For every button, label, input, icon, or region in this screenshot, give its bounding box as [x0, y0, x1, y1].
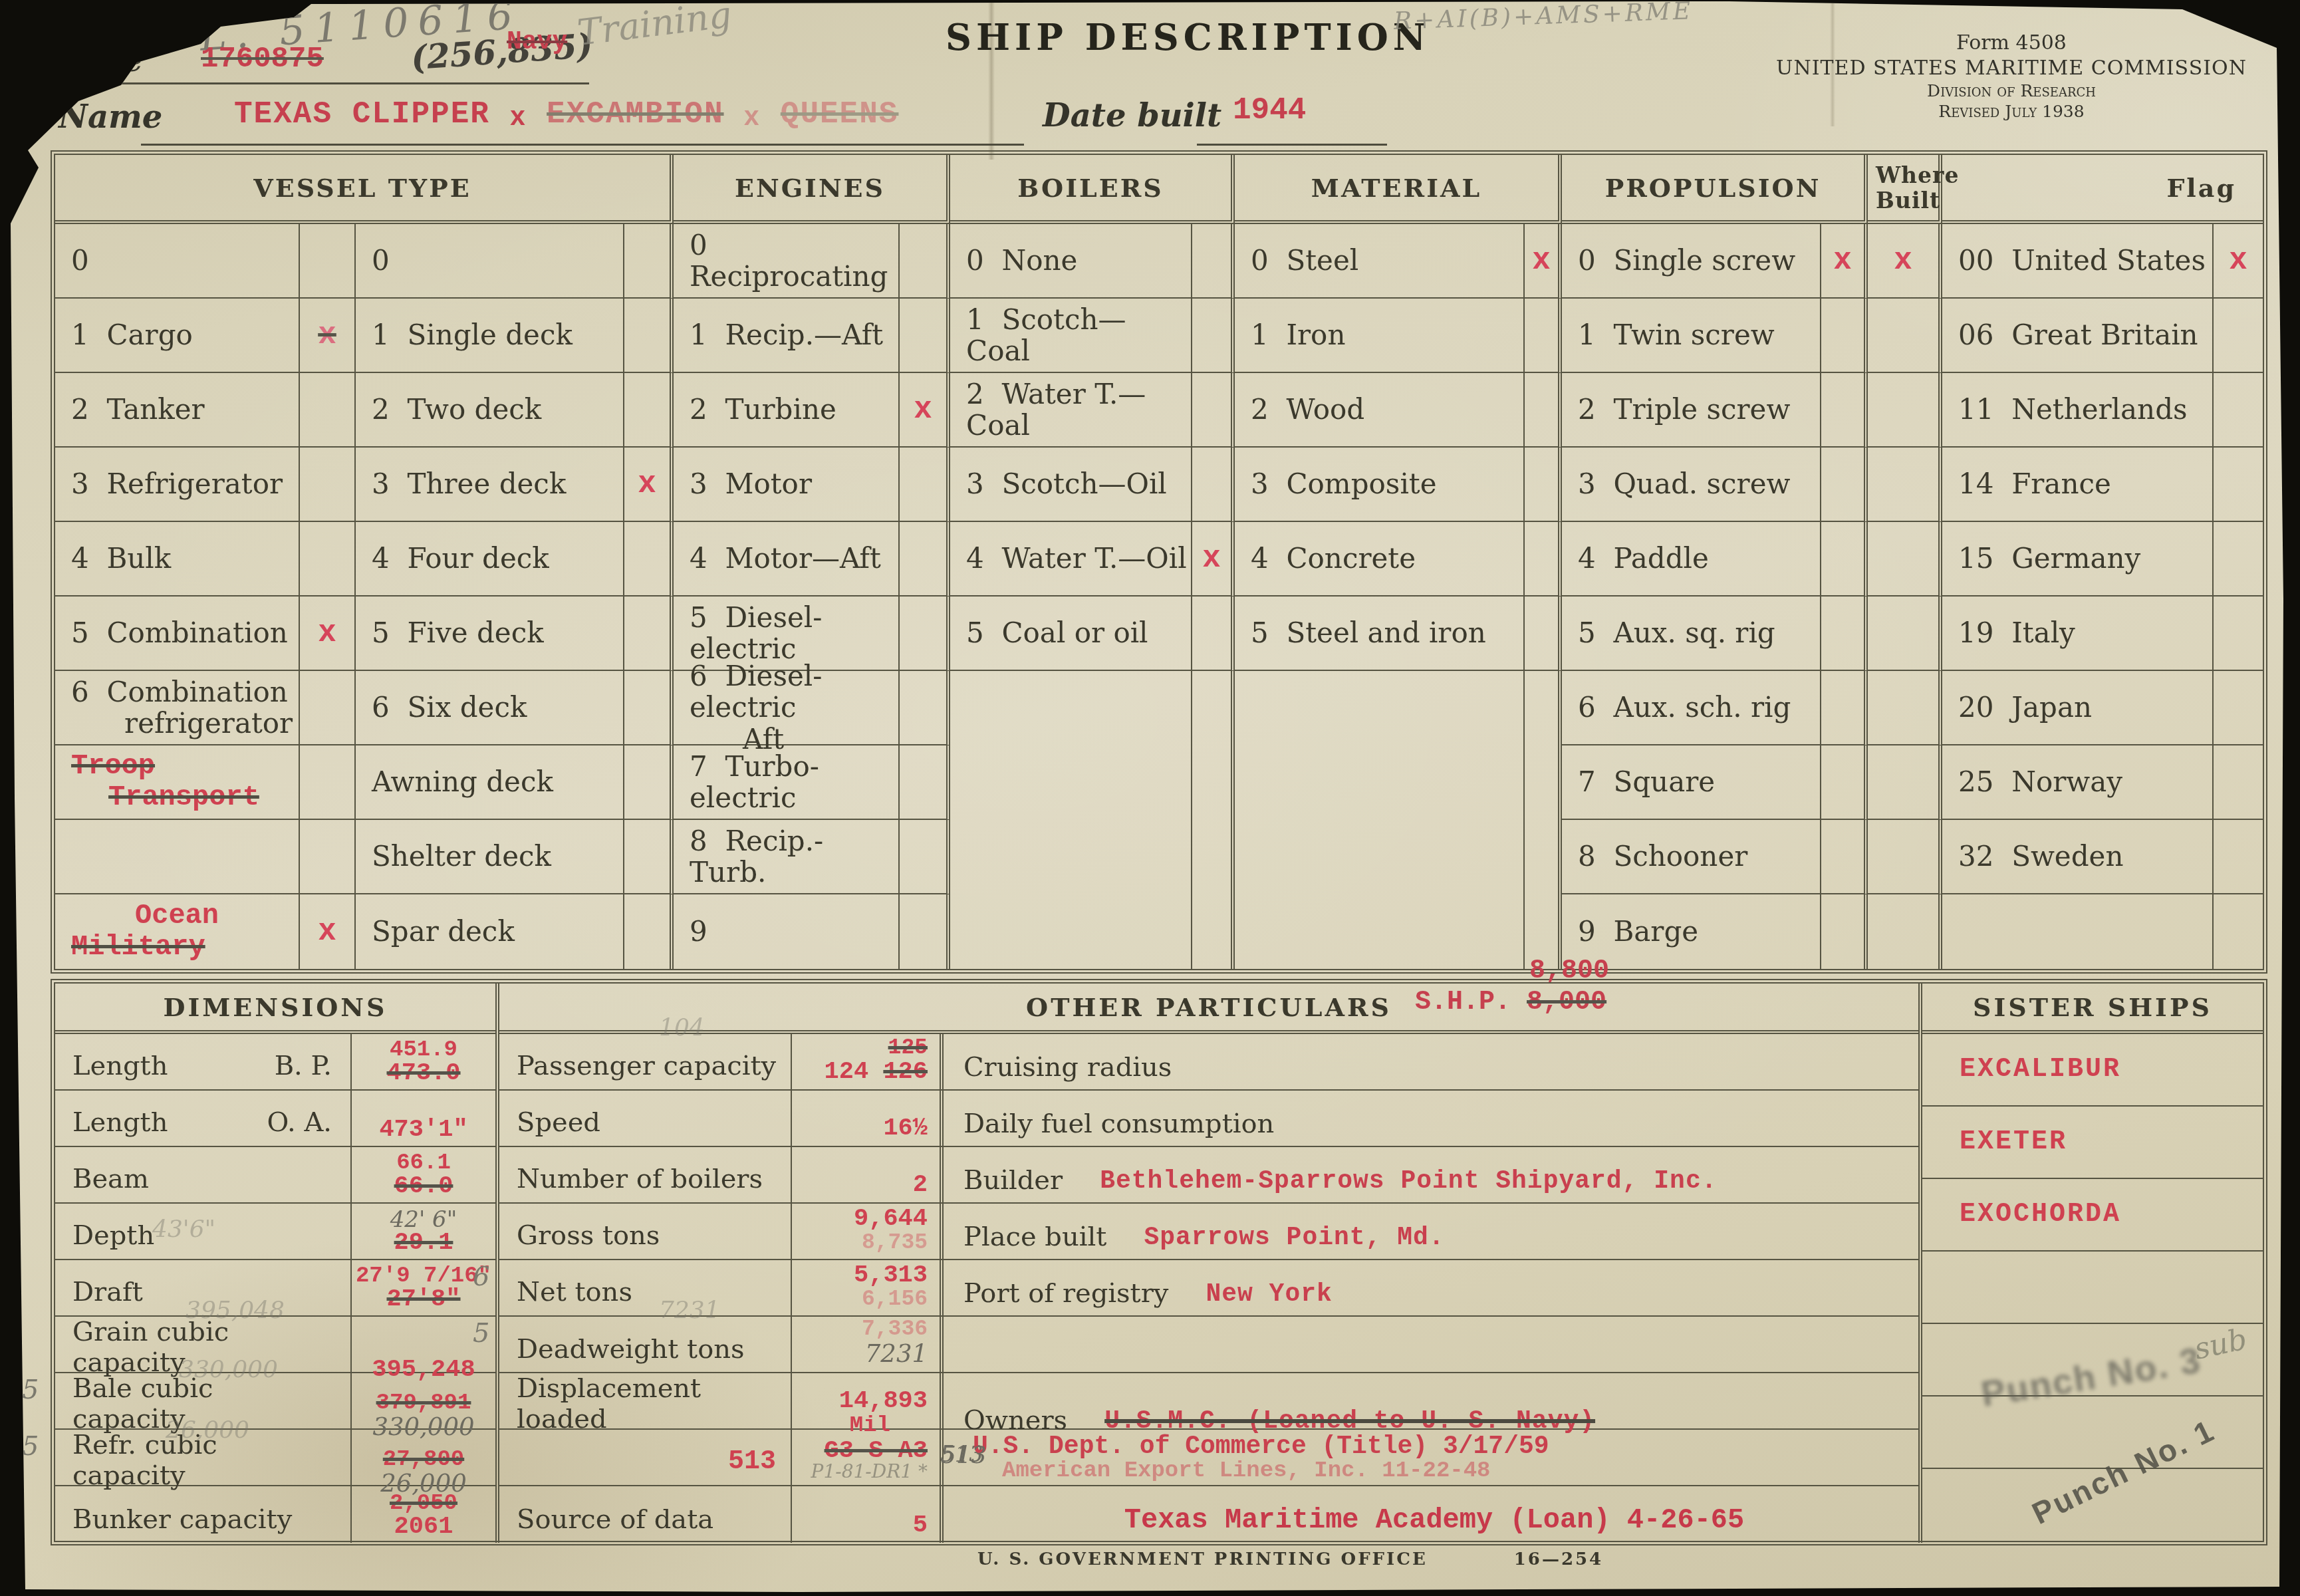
dimension-value: 43'6"42' 6"29.1 [352, 1204, 495, 1259]
propulsion-header: PROPULSION [1562, 155, 1868, 224]
engines-cell: 1 Recip.—Aft [674, 299, 900, 373]
particular-label-text: Deadweight tons [517, 1334, 745, 1365]
dimension-sublabel: B. P. [275, 1051, 332, 1081]
boilers-cell [950, 671, 1192, 745]
ship-name-former-1: EXCAMBION [547, 97, 723, 132]
particulars-row: 513G3-S-A3P1-81-DR1 *513513U.S. Dept. of… [499, 1430, 1918, 1486]
vessel-type-b-check [624, 299, 674, 373]
particular-label: Passenger capacity [499, 1034, 792, 1089]
dimension-row: 5Bale cubic capacity330,000379,891330,00… [55, 1373, 495, 1430]
boilers-cell: 1 Scotch—Coal [950, 299, 1192, 373]
vessel-type-b-check [624, 597, 674, 671]
value-faded: 6,156 [862, 1288, 928, 1311]
material-cell [1235, 745, 1525, 820]
propulsion-check: x [1821, 224, 1868, 299]
value-struck: 126 [883, 1058, 928, 1086]
pencil-ghost-note: 26,000 [166, 1416, 249, 1444]
sister-ships-panel: SISTER SHIPS EXCALIBUREXETEREXOCHORDA [1918, 984, 2263, 1543]
flag-country-cell: 20 Japan [1942, 671, 2214, 745]
gpo-footer-text: U. S. GOVERNMENT PRINTING OFFICE [977, 1549, 1428, 1569]
boilers-check [1192, 671, 1235, 745]
pencil-ghost-note: 330,000 [179, 1356, 278, 1383]
vessel-type-b-check [624, 745, 674, 820]
value-main-line: 14,893 [839, 1389, 928, 1414]
particular-label-text: Daily fuel consumption [963, 1109, 1274, 1139]
engines-cell: 0 Reciprocating [674, 224, 900, 299]
flag-check [2214, 894, 2263, 969]
material-check: x [1525, 224, 1562, 299]
dimension-row: LengthB. P.451.9473.0 [55, 1034, 495, 1091]
boilers-check [1192, 299, 1235, 373]
division-name: Division of Research [1749, 80, 2274, 101]
shp-label: S.H.P. [1415, 988, 1511, 1017]
boilers-cell: 0 None [950, 224, 1192, 299]
particular-label-text: Place built [963, 1222, 1106, 1252]
propulsion-check [1821, 373, 1868, 448]
dimension-value: 2,0502061 [352, 1486, 495, 1543]
particular-label-text: Cruising radius [963, 1052, 1172, 1083]
vessel-type-a-cell: TroopTransport [55, 745, 300, 820]
boilers-cell [950, 894, 1192, 969]
where-built-check [1868, 671, 1942, 745]
flag-country-cell: 14 France [1942, 448, 2214, 522]
value-pencil: 42' 6" [390, 1208, 457, 1232]
engines-cell: 2 Turbine [674, 373, 900, 448]
boilers-check [1192, 597, 1235, 671]
engines-cell: 4 Motor—Aft [674, 522, 900, 597]
dimension-row: Depth43'6"42' 6"29.1 [55, 1204, 495, 1260]
vessel-type-a-check [300, 224, 356, 299]
dimension-row: Bunker capacity2,0502061 [55, 1486, 495, 1543]
particular-label: Deadweight tons [499, 1317, 792, 1373]
vessel-type-a-check: x [300, 597, 356, 671]
boilers-cell [950, 745, 1192, 820]
boilers-cell [950, 820, 1192, 894]
gpo-footer-number: 16—254 [1514, 1549, 1603, 1569]
vessel-type-a-cell [55, 820, 300, 894]
ship-name-value: TEXAS CLIPPER x EXCAMBION x QUEENS [234, 97, 898, 134]
check-x-mark: x [914, 392, 932, 427]
vessel-type-a-cell: 2 Tanker [55, 373, 300, 448]
sister-rows: EXCALIBUREXETEREXOCHORDA [1922, 1034, 2263, 1541]
check-x-mark: x [1532, 243, 1551, 278]
dimension-label-text: Length [72, 1107, 168, 1138]
code-label: Code [57, 43, 143, 78]
vessel-type-a-cell: OceanMilitary [55, 894, 300, 969]
value-main: 124 [825, 1058, 869, 1086]
flag-country-cell: 19 Italy [1942, 597, 2214, 671]
engines-check [900, 522, 950, 597]
vessel-type-stamp: Ocean [71, 900, 296, 932]
propulsion-check [1821, 597, 1868, 671]
where-built-header: Where Built [1868, 155, 1942, 224]
particular-label-text: Port of registry [963, 1278, 1168, 1309]
particular-value: 72317,3367231 [792, 1317, 944, 1373]
boilers-check [1192, 373, 1235, 448]
vessel-type-b-cell: Awning deck [356, 745, 624, 820]
dimension-label: LengthB. P. [55, 1034, 352, 1089]
particulars-row: Source of data5Texas Maritime Academy (L… [499, 1486, 1918, 1543]
propulsion-cell: 5 Aux. sq. rig [1562, 597, 1821, 671]
engines-cell: 9 [674, 894, 900, 969]
dimension-label-text: Draft [72, 1277, 143, 1307]
revision-date: Revised July 1938 [1749, 101, 2274, 122]
particular-label: Number of boilers [499, 1147, 792, 1202]
propulsion-cell: 3 Quad. screw [1562, 448, 1821, 522]
flag-country-cell: 11 Netherlands [1942, 373, 2214, 448]
value-main-line: 2 [913, 1172, 928, 1198]
vessel-type-b-cell: 4 Four deck [356, 522, 624, 597]
material-check [1525, 448, 1562, 522]
particular-right-cell: Place builtSparrows Point, Md. [944, 1204, 1918, 1259]
vessel-type-a-cell: 1 Cargo [55, 299, 300, 373]
value-prior: 379,891 [376, 1392, 471, 1415]
shp-annotation: 8,800 S.H.P. 8,000 [1415, 956, 1609, 1017]
particular-value: 9,6448,735 [792, 1204, 944, 1259]
value-prior: 451.9 [390, 1039, 457, 1062]
flag-check: x [2214, 224, 2263, 299]
propulsion-cell: 0 Single screw [1562, 224, 1821, 299]
particular-value: G3-S-A3P1-81-DR1 *513 [792, 1430, 944, 1485]
vessel-type-header: VESSEL TYPE [55, 155, 674, 224]
vessel-type-a-check [300, 522, 356, 597]
material-cell: 2 Wood [1235, 373, 1525, 448]
flag-check [2214, 745, 2263, 820]
name-underline [141, 144, 1024, 146]
particular-label: Net tons [499, 1260, 792, 1315]
where-built-check [1868, 894, 1942, 969]
engines-check [900, 745, 950, 820]
value-main: 66.0 [394, 1174, 453, 1200]
pencil-formula-note: R+AI(B)+AMS+RME [1393, 0, 1693, 35]
dimension-label: Bunker capacity [55, 1486, 352, 1543]
sister-ship-row [1922, 1252, 2263, 1324]
sister-ship-row: EXOCHORDA [1922, 1179, 2263, 1252]
particulars-rows: Passenger capacity104125124 126Cruising … [499, 1034, 1918, 1543]
where-built-check [1868, 745, 1942, 820]
dimension-row: LengthO. A.473'1" [55, 1091, 495, 1147]
material-check [1525, 522, 1562, 597]
value-main-line: 5,313 [854, 1263, 928, 1289]
owner-entry-faded: American Export Lines, Inc. 11-22-48 [1002, 1458, 1491, 1484]
bottom-section: DIMENSIONS LengthB. P.451.9473.0LengthO.… [51, 979, 2267, 1545]
name-label: Name [59, 98, 162, 136]
value-prior: 27'9 7/16" [356, 1265, 491, 1288]
flag-country-cell: 06 Great Britain [1942, 299, 2214, 373]
particular-value: 104125124 126 [792, 1034, 944, 1089]
vessel-type-a-cell: 3 Refrigerator [55, 448, 300, 522]
dimensions-rows: LengthB. P.451.9473.0LengthO. A.473'1"Be… [55, 1034, 495, 1543]
engines-check [900, 224, 950, 299]
engines-check [900, 448, 950, 522]
classification-table: VESSEL TYPE ENGINES BOILERS MATERIAL PRO… [51, 150, 2267, 974]
boilers-cell: 2 Water T.—Coal [950, 373, 1192, 448]
dimension-label-text: Beam [72, 1164, 149, 1194]
boilers-check [1192, 894, 1235, 969]
flag-check [2214, 522, 2263, 597]
agency-name: UNITED STATES MARITIME COMMISSION [1749, 56, 2274, 81]
particular-label-text: Net tons [517, 1277, 632, 1307]
propulsion-cell: 1 Twin screw [1562, 299, 1821, 373]
particular-value: 16½ [792, 1091, 944, 1146]
owner-entry: U.S. Dept. of Commerce (Title) 3/17/59 [973, 1432, 1549, 1461]
material-cell: 0 Steel [1235, 224, 1525, 299]
value-faded: 7,336 [862, 1318, 928, 1341]
date-built-underline [1197, 144, 1387, 146]
particular-value: 5,3136,156 [792, 1260, 944, 1315]
sister-ship-name: EXOCHORDA [1960, 1200, 2121, 1230]
particulars-panel: OTHER PARTICULARS Passenger capacity1041… [499, 984, 1918, 1543]
material-check [1525, 820, 1562, 894]
flag-country-cell: 32 Sweden [1942, 820, 2214, 894]
check-x-mark: x [638, 467, 656, 501]
vessel-type-stamp: Troop [71, 751, 296, 782]
dimensions-panel: DIMENSIONS LengthB. P.451.9473.0LengthO.… [55, 984, 499, 1543]
check-x-mark: x [2229, 243, 2247, 278]
particular-value: 2 [792, 1147, 944, 1202]
form-info-block: Form 4508 UNITED STATES MARITIME COMMISS… [1749, 31, 2274, 122]
name-x-mark: x [509, 104, 527, 134]
vessel-type-b-check [624, 894, 674, 969]
vessel-type-a-check: x [300, 894, 356, 969]
form-number: Form 4508 [1749, 31, 2274, 56]
value-main: 2061 [394, 1515, 453, 1540]
navy-stamp-struck: Navy [507, 28, 567, 57]
where-built-check [1868, 448, 1942, 522]
value-main: 16½ [883, 1115, 928, 1142]
dimension-label: Beam [55, 1147, 352, 1202]
particular-label: 513 [499, 1430, 792, 1485]
propulsion-check [1821, 820, 1868, 894]
value-main: 9,644 [854, 1205, 928, 1233]
vessel-type-b-check [624, 522, 674, 597]
vessel-type-a-cell: 6 Combination refrigerator [55, 671, 300, 745]
particular-right-cell: BuilderBethlehem-Sparrows Point Shipyard… [944, 1147, 1918, 1202]
pencil-ghost-note: 7231 [659, 1297, 720, 1324]
material-check [1525, 373, 1562, 448]
engines-cell: 3 Motor [674, 448, 900, 522]
dimension-value: 451.9473.0 [352, 1034, 495, 1089]
particulars-row: Gross tons9,6448,735Place builtSparrows … [499, 1204, 1918, 1260]
check-x-mark: x [318, 318, 336, 352]
boilers-check [1192, 224, 1235, 299]
dimension-value: 66.166.0 [352, 1147, 495, 1202]
particular-label-text: Speed [517, 1107, 600, 1138]
value-prior: 27,800 [383, 1448, 464, 1472]
flag-country-cell: 00 United States [1942, 224, 2214, 299]
vessel-type-b-cell: 6 Six deck [356, 671, 624, 745]
check-x-mark: x [1894, 243, 1912, 278]
value-pencil-note: P1-81-DR1 * [811, 1462, 928, 1481]
pencil-margin-note: 5 [473, 1318, 489, 1349]
shp-corrected-value: 8,800 [1529, 956, 1609, 986]
flag-check [2214, 820, 2263, 894]
value-prior: 66.1 [396, 1152, 451, 1175]
value-prior: 2,050 [390, 1492, 457, 1516]
vessel-type-a-cell: 5 Combination [55, 597, 300, 671]
vessel-type-b-cell: 2 Two deck [356, 373, 624, 448]
pencil-margin-note: 5 [22, 1431, 39, 1462]
propulsion-check [1821, 894, 1868, 969]
particulars-row: Displacement loaded14,893MilOwnersU.S.M.… [499, 1373, 1918, 1430]
propulsion-check [1821, 745, 1868, 820]
value-main: 2 [913, 1171, 928, 1199]
propulsion-cell: 6 Aux. sch. rig [1562, 671, 1821, 745]
material-cell: 4 Concrete [1235, 522, 1525, 597]
where-built-check: x [1868, 224, 1942, 299]
where-built-check [1868, 373, 1942, 448]
value-prior: 125 [888, 1037, 928, 1060]
vessel-type-a-check [300, 373, 356, 448]
value-main-line: 5 [913, 1513, 928, 1539]
particular-label: Gross tons [499, 1204, 792, 1259]
material-check [1525, 597, 1562, 671]
engines-check [900, 894, 950, 969]
vessel-type-b-check [624, 224, 674, 299]
particular-right-cell: 513U.S. Dept. of Commerce (Title) 3/17/5… [944, 1430, 1918, 1485]
engines-check [900, 671, 950, 745]
propulsion-check [1821, 448, 1868, 522]
value-main-line: 9,644 [854, 1206, 928, 1232]
material-cell [1235, 671, 1525, 745]
particular-label-text: Passenger capacity [517, 1051, 776, 1081]
material-cell [1235, 820, 1525, 894]
value-pencil: 7231 [865, 1339, 928, 1368]
value-main: 27'8" [386, 1287, 460, 1313]
vessel-type-a-check [300, 671, 356, 745]
propulsion-check [1821, 671, 1868, 745]
owner-entry: Texas Maritime Academy (Loan) 4-26-65 [1124, 1504, 1745, 1536]
check-x-mark: x [1833, 243, 1852, 278]
particular-right-cell: Cruising radius [944, 1034, 1918, 1089]
particular-value-text: Sparrows Point, Md. [1144, 1224, 1444, 1252]
value-main: 5,313 [854, 1262, 928, 1289]
check-x-mark: x [318, 914, 336, 949]
pencil-ghost-note: 395,048 [186, 1297, 285, 1324]
vessel-type-a-check [300, 448, 356, 522]
particular-label: Speed [499, 1091, 792, 1146]
vessel-type-b-cell: 0 [356, 224, 624, 299]
pencil-margin-note: 5 [22, 1375, 39, 1405]
engines-check: x [900, 373, 950, 448]
where-built-check [1868, 820, 1942, 894]
particulars-row: 5Deadweight tons72317,3367231 [499, 1317, 1918, 1373]
material-cell: 3 Composite [1235, 448, 1525, 522]
dimension-row: Beam66.166.0 [55, 1147, 495, 1204]
particular-right-cell [944, 1317, 1918, 1373]
value-main-line: 16½ [883, 1116, 928, 1142]
training-handwritten-note: Training [575, 0, 734, 54]
dimension-label-text: Depth [72, 1220, 154, 1251]
page-title: SHIP DESCRIPTION [946, 16, 1430, 59]
value-main: 5 [913, 1512, 928, 1539]
vessel-type-a-cell: 4 Bulk [55, 522, 300, 597]
flag-check [2214, 299, 2263, 373]
value-main: 29.1 [394, 1231, 453, 1256]
ship-name-former-2: QUEENS [781, 97, 899, 132]
particulars-row: Passenger capacity104125124 126Cruising … [499, 1034, 1918, 1091]
boilers-check [1192, 745, 1235, 820]
pencil-ghost-note: 43'6" [152, 1216, 215, 1243]
vessel-type-a-cell: 0 [55, 224, 300, 299]
vessel-type-b-check: x [624, 448, 674, 522]
particulars-row: Speed16½Daily fuel consumption [499, 1091, 1918, 1147]
vessel-type-b-cell: Spar deck [356, 894, 624, 969]
particular-value-text: Bethlehem-Sparrows Point Shipyard, Inc. [1100, 1167, 1717, 1196]
vessel-type-a-check: x [300, 299, 356, 373]
flag-check [2214, 671, 2263, 745]
engines-check [900, 597, 950, 671]
vessel-type-a-check [300, 820, 356, 894]
dimension-value: 473'1" [352, 1091, 495, 1146]
particular-label-text: Gross tons [517, 1220, 660, 1251]
value-main-line: 124 126 [825, 1059, 928, 1085]
particular-right-cell: Port of registryNew York [944, 1260, 1918, 1315]
engines-check [900, 299, 950, 373]
boilers-cell: 3 Scotch—Oil [950, 448, 1192, 522]
flag-country-cell: 25 Norway [1942, 745, 2214, 820]
pencil-note: 513 [941, 1442, 987, 1469]
vessel-type-b-cell: 5 Five deck [356, 597, 624, 671]
material-check [1525, 299, 1562, 373]
vessel-type-b-check [624, 671, 674, 745]
scanned-form-paper: L. 5110616 Code 1760875 (256,835) Navy T… [0, 0, 2300, 1596]
dimension-sublabel: O. A. [267, 1107, 332, 1138]
dimension-label-text: Bunker capacity [72, 1504, 292, 1535]
vessel-type-a-check [300, 745, 356, 820]
value-main: 14,893 [839, 1387, 928, 1415]
vessel-type-b-cell: Shelter deck [356, 820, 624, 894]
flag-check [2214, 448, 2263, 522]
name-x-mark: x [743, 104, 761, 134]
particular-value-text: New York [1206, 1280, 1332, 1309]
engines-check [900, 820, 950, 894]
engines-cell: 6 Diesel-electric Aft [674, 671, 900, 745]
particular-label-text: Source of data [517, 1504, 713, 1535]
sister-ship-row: EXETER [1922, 1107, 2263, 1179]
dimension-label: LengthO. A. [55, 1091, 352, 1146]
value-main: 473.0 [386, 1061, 460, 1087]
propulsion-check [1821, 522, 1868, 597]
code-value-stamp: 1760875 [201, 43, 324, 76]
particular-label-text: Number of boilers [517, 1164, 763, 1194]
propulsion-check [1821, 299, 1868, 373]
particulars-header: OTHER PARTICULARS [499, 984, 1918, 1034]
vessel-type-b-check [624, 373, 674, 448]
where-built-check [1868, 597, 1942, 671]
design-number-stamp: 513 [728, 1447, 783, 1477]
particulars-row: Number of boilers2BuilderBethlehem-Sparr… [499, 1147, 1918, 1204]
flag-country-cell: 15 Germany [1942, 522, 2214, 597]
flag-check [2214, 597, 2263, 671]
pencil-margin-note: 6 [473, 1262, 489, 1292]
flag-check [2214, 373, 2263, 448]
value-faded: 8,735 [862, 1232, 928, 1255]
boilers-check [1192, 820, 1235, 894]
engines-cell: 8 Recip.-Turb. [674, 820, 900, 894]
pencil-ghost-note: 104 [659, 1014, 705, 1041]
vessel-type-b-check [624, 820, 674, 894]
material-cell: 5 Steel and iron [1235, 597, 1525, 671]
boilers-cell: 4 Water T.—Oil [950, 522, 1192, 597]
material-check [1525, 671, 1562, 745]
dimensions-header: DIMENSIONS [55, 984, 495, 1034]
flag-header: Flag [1942, 155, 2263, 224]
boilers-check: x [1192, 522, 1235, 597]
vessel-type-b-cell: 3 Three deck [356, 448, 624, 522]
sister-ships-header: SISTER SHIPS [1922, 984, 2263, 1034]
ship-name-current: TEXAS CLIPPER [234, 97, 490, 132]
